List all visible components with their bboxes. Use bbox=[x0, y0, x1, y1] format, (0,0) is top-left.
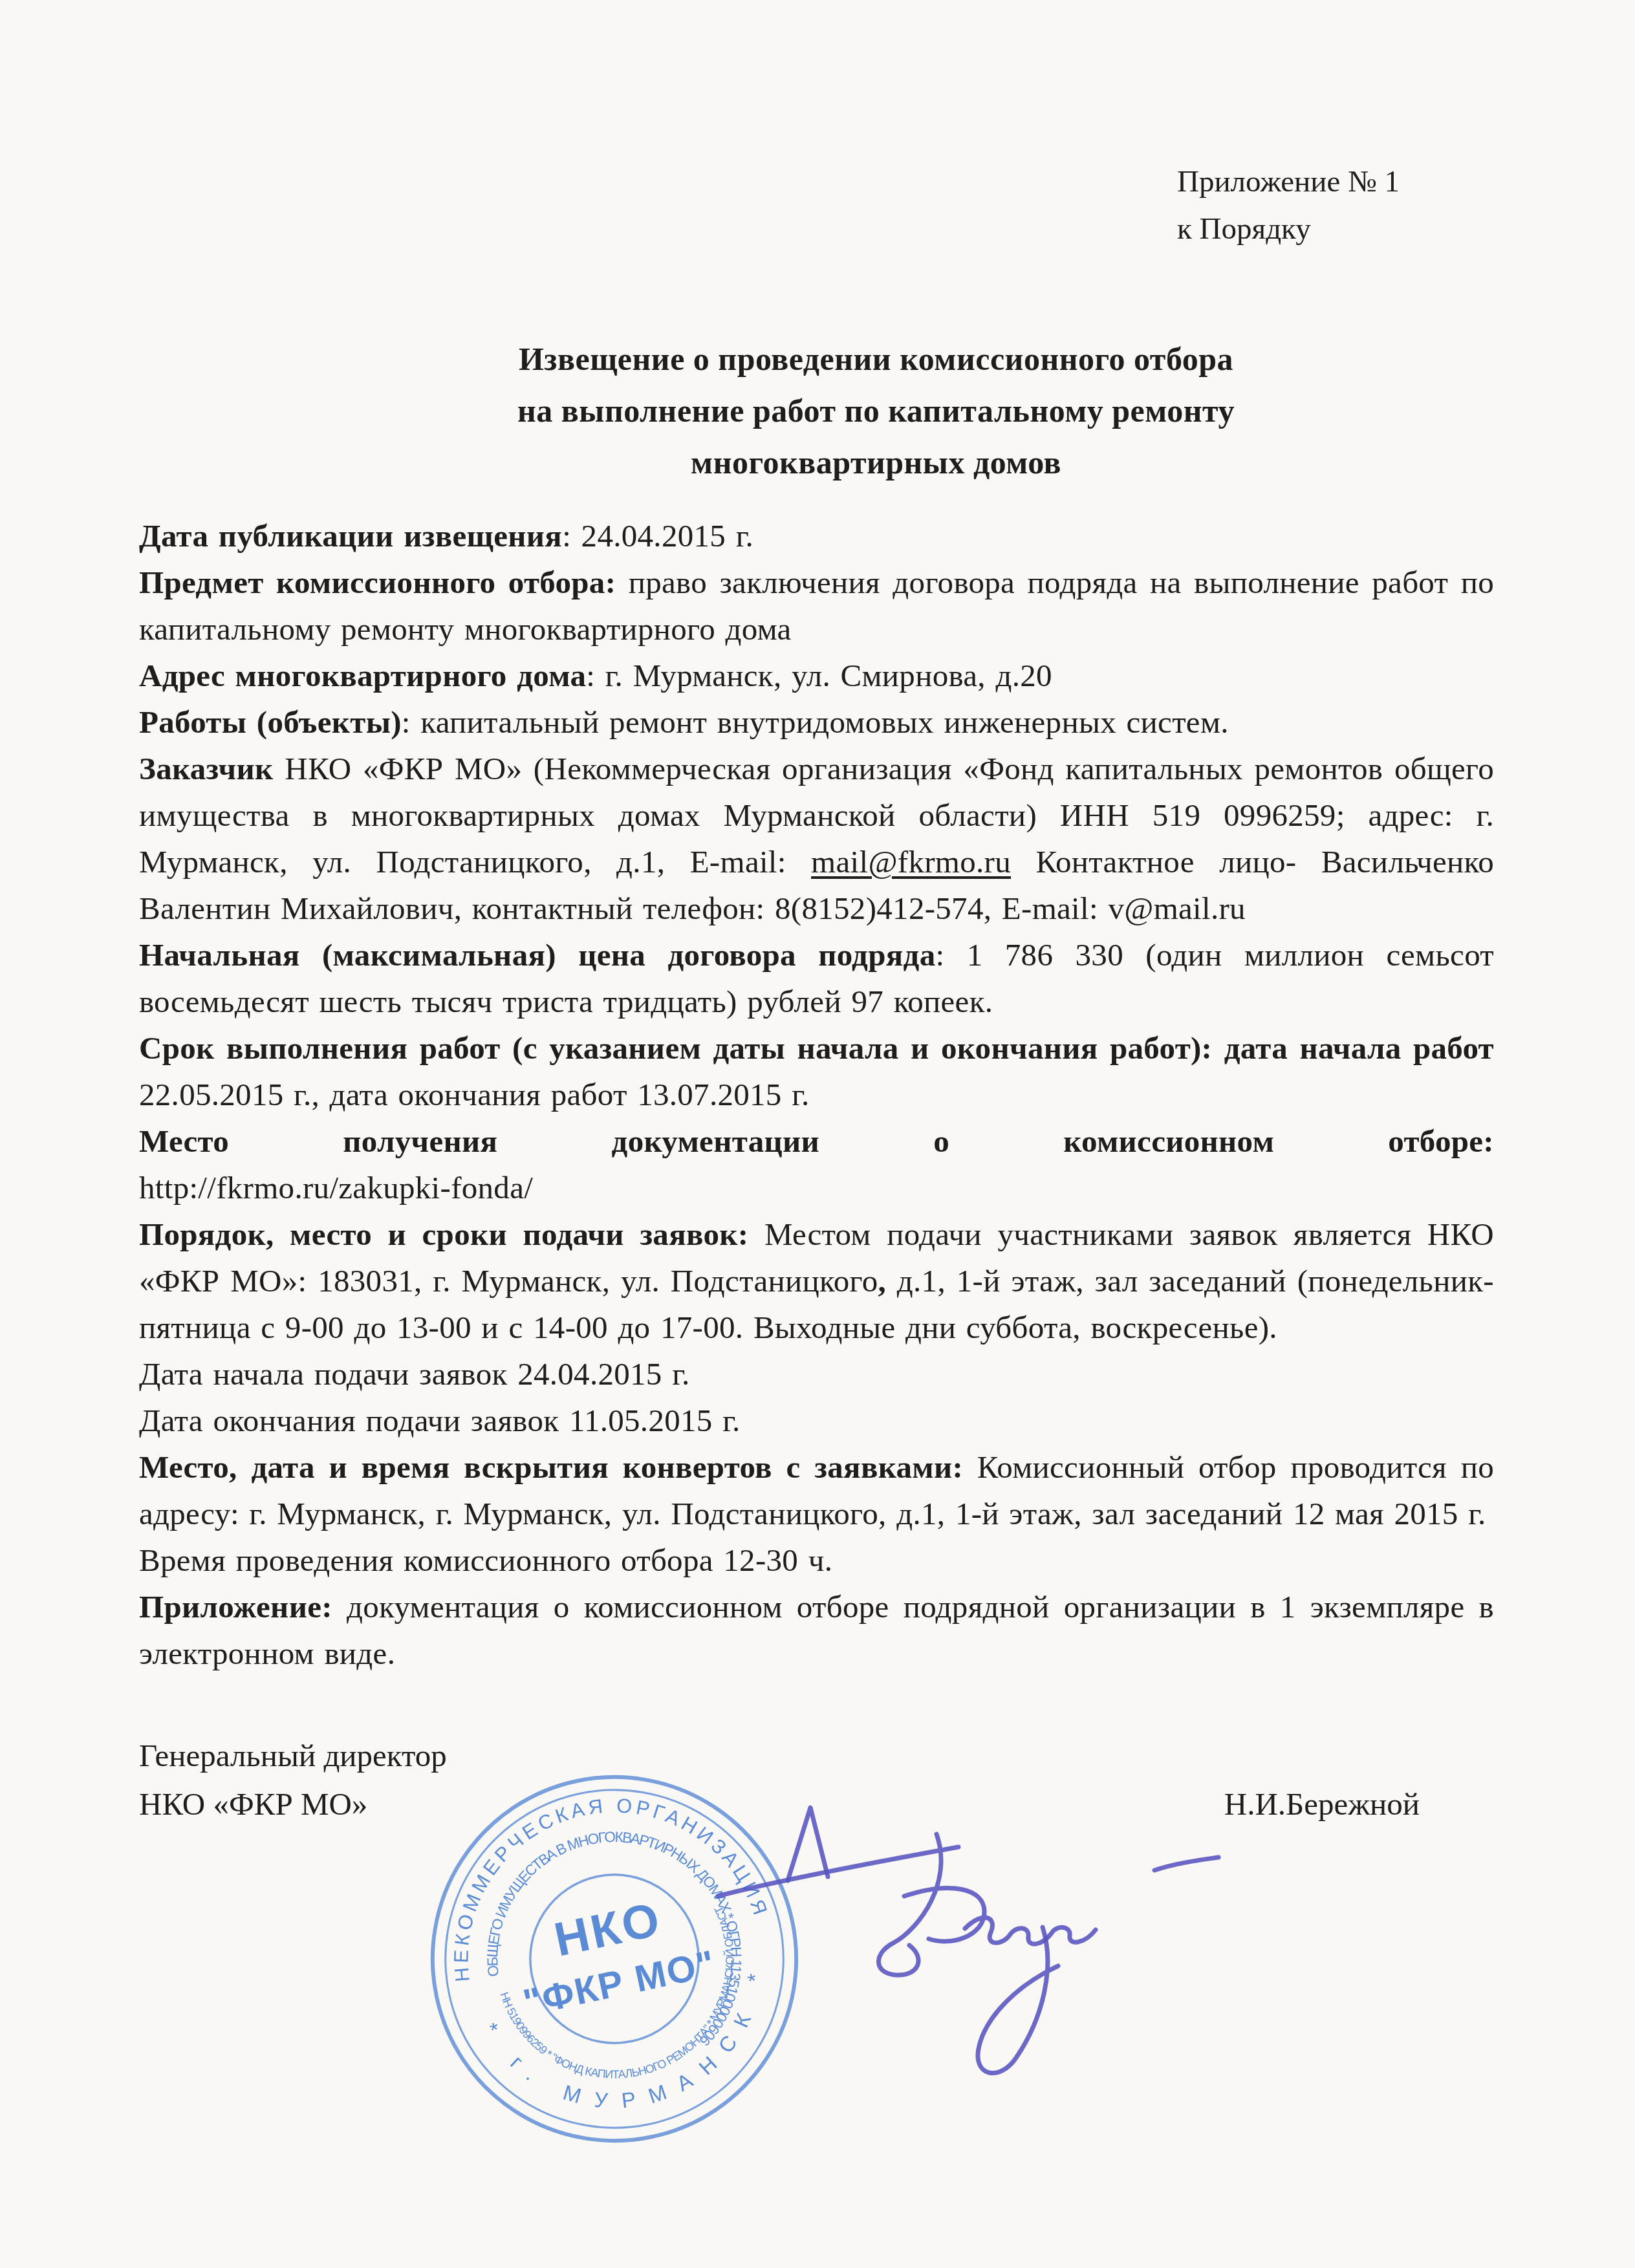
paragraph: Предмет комиссионного отбора: право закл… bbox=[139, 559, 1494, 653]
text-segment: Порядок, место и сроки подачи заявок: bbox=[139, 1216, 748, 1252]
text-segment: : капитальный ремонт внутридомовых инжен… bbox=[402, 704, 1229, 740]
text-segment: Работы (объекты) bbox=[139, 704, 402, 740]
text-segment: , bbox=[878, 1263, 886, 1299]
annex-note: Приложение № 1 к Порядку bbox=[1177, 158, 1635, 253]
signature-main-stroke bbox=[718, 1834, 1096, 1975]
text-segment: документация о комиссионном отборе подря… bbox=[139, 1589, 1494, 1671]
text-segment: Адрес многоквартирного дома bbox=[139, 658, 586, 693]
paragraph: Место, дата и время вскрытия конвертов с… bbox=[139, 1444, 1494, 1537]
document-body: Дата публикации извещения: 24.04.2015 г.… bbox=[139, 513, 1494, 1677]
title-line-3: многоквартирных домов bbox=[258, 437, 1494, 488]
title-line-2: на выполнение работ по капитальному ремо… bbox=[258, 385, 1494, 437]
signature-descender-loop bbox=[978, 1927, 1058, 2073]
paragraph: Место получения документации о комиссион… bbox=[139, 1118, 1494, 1165]
paragraph: Дата публикации извещения: 24.04.2015 г. bbox=[139, 513, 1494, 559]
text-segment: Заказчик bbox=[139, 751, 274, 786]
text-segment: 22.05.2015 г., дата окончания работ 13.0… bbox=[139, 1077, 810, 1112]
signature-ink bbox=[679, 1772, 1261, 2108]
signatory-position-line-1: Генеральный директор bbox=[139, 1731, 447, 1780]
paragraph: Дата окончания подачи заявок 11.05.2015 … bbox=[139, 1398, 1494, 1444]
text-segment: : 24.04.2015 г. bbox=[562, 518, 753, 554]
text-segment: Время проведения комиссионного отбора 12… bbox=[139, 1542, 832, 1578]
title-line-1: Извещение о проведении комиссионного отб… bbox=[258, 333, 1494, 385]
text-segment: Срок выполнения работ (с указанием даты … bbox=[139, 1030, 1494, 1066]
paragraph: Порядок, место и сроки подачи заявок: Ме… bbox=[139, 1211, 1494, 1351]
text-segment: Место, дата и время вскрытия конвертов с… bbox=[139, 1449, 963, 1485]
text-segment: Место получения документации о комиссион… bbox=[139, 1123, 1494, 1159]
paragraph: Заказчик НКО «ФКР МО» (Некоммерческая ор… bbox=[139, 746, 1494, 932]
text-segment: Начальная (максимальная) цена договора п… bbox=[139, 937, 935, 973]
text-segment: Дата окончания подачи заявок 11.05.2015 … bbox=[139, 1403, 741, 1438]
signature-initial-stroke bbox=[788, 1808, 828, 1881]
paragraph: Приложение: документация о комиссионном … bbox=[139, 1584, 1494, 1677]
paragraph: Срок выполнения работ (с указанием даты … bbox=[139, 1025, 1494, 1118]
paragraph: http://fkrmo.ru/zakupki-fonda/ bbox=[139, 1165, 1494, 1211]
paragraph: Начальная (максимальная) цена договора п… bbox=[139, 932, 1494, 1025]
annex-line-2: к Порядку bbox=[1177, 206, 1635, 253]
text-segment: Дата публикации извещения bbox=[139, 518, 562, 554]
signature-end-dash bbox=[1154, 1857, 1218, 1870]
paragraph: Работы (объекты): капитальный ремонт вну… bbox=[139, 699, 1494, 746]
text-segment: Приложение: bbox=[139, 1589, 332, 1625]
document-title: Извещение о проведении комиссионного отб… bbox=[139, 333, 1494, 488]
text-segment: Дата начала подачи заявок 24.04.2015 г. bbox=[139, 1356, 690, 1392]
email-text: mail@fkrmo.ru bbox=[811, 844, 1011, 880]
paragraph: Дата начала подачи заявок 24.04.2015 г. bbox=[139, 1351, 1494, 1398]
text-segment: http://fkrmo.ru/zakupki-fonda/ bbox=[139, 1170, 533, 1205]
paragraph: Время проведения комиссионного отбора 12… bbox=[139, 1537, 1494, 1584]
annex-line-1: Приложение № 1 bbox=[1177, 158, 1635, 206]
stamp-center-abbr: НКО bbox=[550, 1892, 667, 1967]
text-segment: : г. Мурманск, ул. Смирнова, д.20 bbox=[586, 658, 1052, 693]
text-segment: Предмет комиссионного отбора: bbox=[139, 565, 616, 600]
paragraph: Адрес многоквартирного дома: г. Мурманск… bbox=[139, 653, 1494, 699]
document-page: Приложение № 1 к Порядку Извещение о про… bbox=[0, 0, 1635, 2268]
